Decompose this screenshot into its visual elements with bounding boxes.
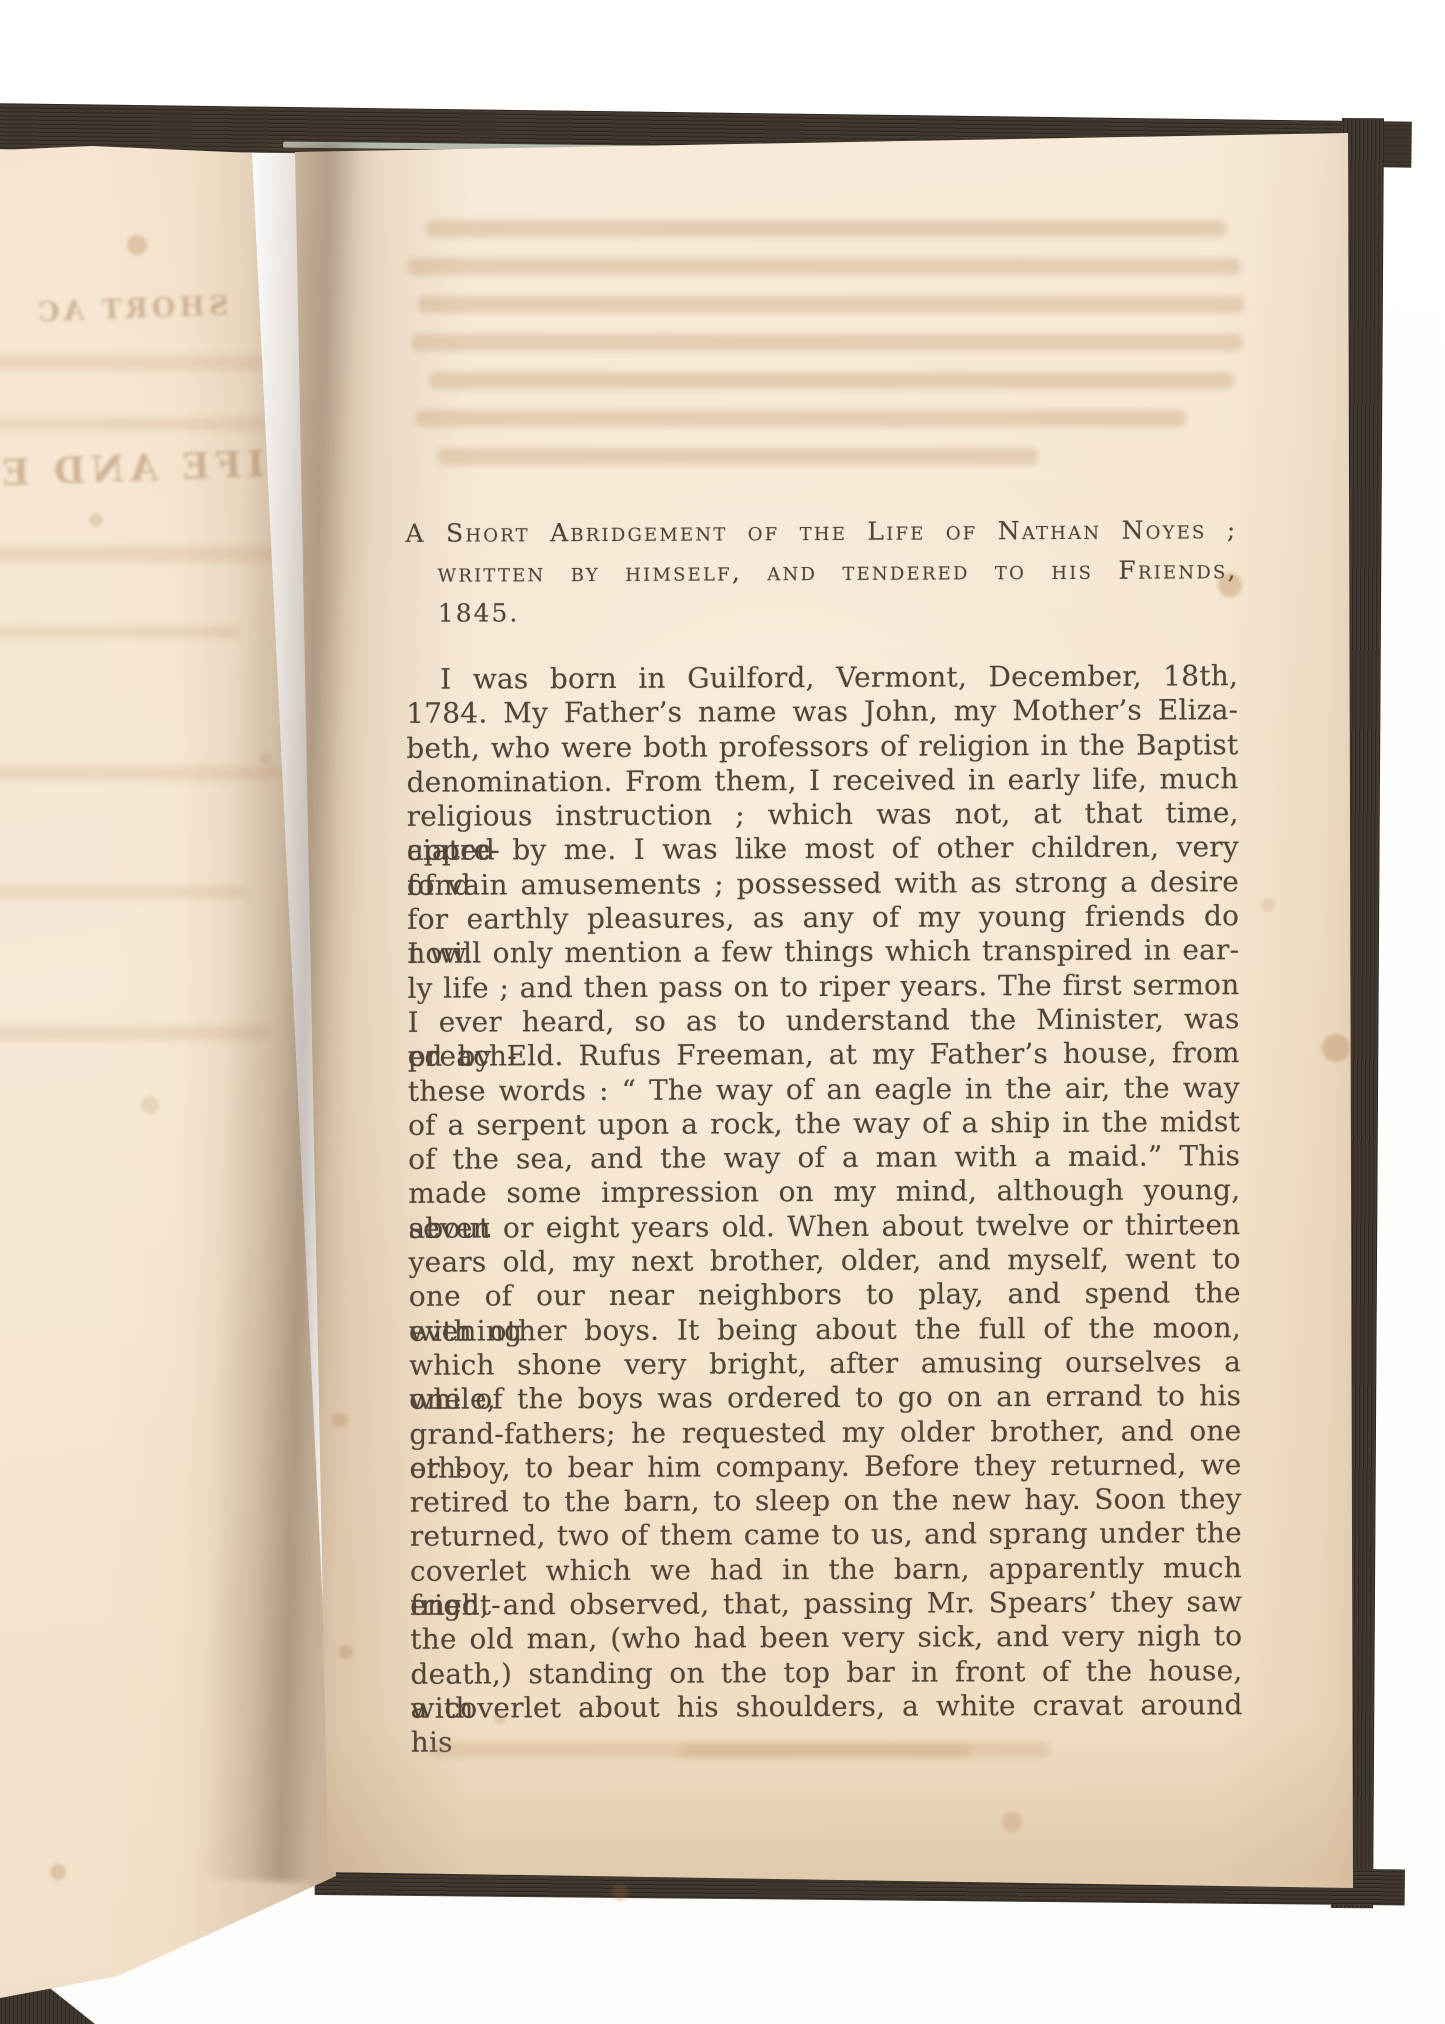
body-line: ly life ; and then pass on to riper year… bbox=[407, 968, 1239, 1006]
body-line: retired to the barn, to sleep on the new… bbox=[410, 1482, 1242, 1520]
show-through-streak bbox=[0, 626, 240, 638]
body-line: returned, two of them came to us, and sp… bbox=[410, 1517, 1242, 1555]
body-line: I will only mention a few things which t… bbox=[407, 934, 1239, 972]
show-through-line bbox=[426, 220, 1226, 237]
foxing-spot bbox=[332, 1412, 348, 1428]
foxing-spot bbox=[50, 1864, 66, 1880]
show-through-streak bbox=[0, 418, 265, 430]
foxing-spot bbox=[141, 1096, 159, 1114]
body-line: beth, who were both professors of religi… bbox=[406, 728, 1238, 766]
body-line: of vain amusements ; possessed with as s… bbox=[407, 865, 1239, 903]
foxing-spot bbox=[1002, 1812, 1022, 1832]
show-through-streak bbox=[0, 356, 280, 370]
body-line: denomination. From them, I received in e… bbox=[406, 762, 1238, 800]
body-line: a coverlet about his shoulders, a white … bbox=[410, 1688, 1242, 1726]
body-line: er boy, to bear him company. Before they… bbox=[409, 1448, 1241, 1486]
body-line: grand-fathers; he requested my older bro… bbox=[409, 1414, 1241, 1452]
foxing-spot bbox=[1261, 898, 1275, 912]
body-line: with other boys. It being about the full… bbox=[409, 1311, 1241, 1349]
foxing-spot bbox=[127, 235, 147, 255]
chapter-heading-year: 1845. bbox=[406, 590, 1238, 634]
body-line: one of our near neighbors to play, and s… bbox=[409, 1277, 1241, 1315]
foxing-spot bbox=[494, 1712, 506, 1724]
body-line: which shone very bright, after amusing o… bbox=[409, 1345, 1241, 1383]
body-line: ed by Eld. Rufus Freeman, at my Father’s… bbox=[408, 1036, 1240, 1074]
body-line: seven or eight years old. When about twe… bbox=[408, 1208, 1240, 1246]
show-through-streak bbox=[0, 886, 245, 898]
book-photograph: SHORT AC LIFE AND EX A Short Abridgement… bbox=[0, 0, 1445, 2024]
body-line: I was born in Guilford, Vermont, Decembe… bbox=[406, 659, 1238, 697]
body-line: made some impression on my mind, althoug… bbox=[408, 1174, 1240, 1212]
show-through-line bbox=[430, 372, 1234, 389]
foxing-spot bbox=[612, 1885, 628, 1901]
body-line: of a serpent upon a rock, the way of a s… bbox=[408, 1105, 1240, 1143]
show-through-line bbox=[416, 410, 1186, 427]
body-line: I ever heard, so as to understand the Mi… bbox=[408, 1002, 1240, 1040]
foxing-spot bbox=[1322, 1034, 1350, 1062]
foxing-spot bbox=[739, 1599, 751, 1611]
right-page: A Short Abridgement of the Life of Natha… bbox=[280, 120, 1365, 1900]
body-line: the old man, (who had been very sick, an… bbox=[410, 1619, 1242, 1657]
body-line: religious instruction ; which was not, a… bbox=[407, 796, 1239, 834]
foxing-spot bbox=[339, 1645, 353, 1659]
body-line: of the sea, and the way of a man with a … bbox=[408, 1139, 1240, 1177]
show-through-line bbox=[408, 258, 1240, 275]
foxing-spot bbox=[259, 752, 271, 764]
show-through-title-fragment: SHORT AC bbox=[34, 291, 229, 329]
show-through-line-bottom bbox=[680, 1743, 970, 1759]
body-text: I was born in Guilford, Vermont, Decembe… bbox=[406, 659, 1243, 1726]
foxing-spot bbox=[89, 513, 103, 527]
body-line: death,) standing on the top bar in front… bbox=[410, 1654, 1242, 1692]
body-line: ciated by me. I was like most of other c… bbox=[407, 831, 1239, 869]
body-line: years old, my next brother, older, and m… bbox=[409, 1242, 1241, 1280]
show-through-text-block bbox=[408, 220, 1244, 486]
body-line: for earthly pleasures, as any of my youn… bbox=[407, 899, 1239, 937]
show-through-line bbox=[412, 334, 1242, 351]
body-line: 1784. My Father’s name was John, my Moth… bbox=[406, 693, 1238, 731]
body-line: coverlet which we had in the barn, appar… bbox=[410, 1551, 1242, 1589]
body-line: ened, and observed, that, passing Mr. Sp… bbox=[410, 1585, 1242, 1623]
foxing-spot bbox=[1218, 573, 1242, 597]
show-through-line bbox=[438, 448, 1038, 465]
body-line: these words : “ The way of an eagle in t… bbox=[408, 1071, 1240, 1109]
page-text: A Short Abridgement of the Life of Natha… bbox=[405, 510, 1242, 1726]
chapter-heading-line: A Short Abridgement of the Life of Natha… bbox=[405, 510, 1237, 554]
show-through-line bbox=[418, 296, 1244, 313]
chapter-heading-line: written by himself, and tendered to his … bbox=[406, 550, 1238, 594]
body-line: one of the boys was ordered to go on an … bbox=[409, 1379, 1241, 1417]
